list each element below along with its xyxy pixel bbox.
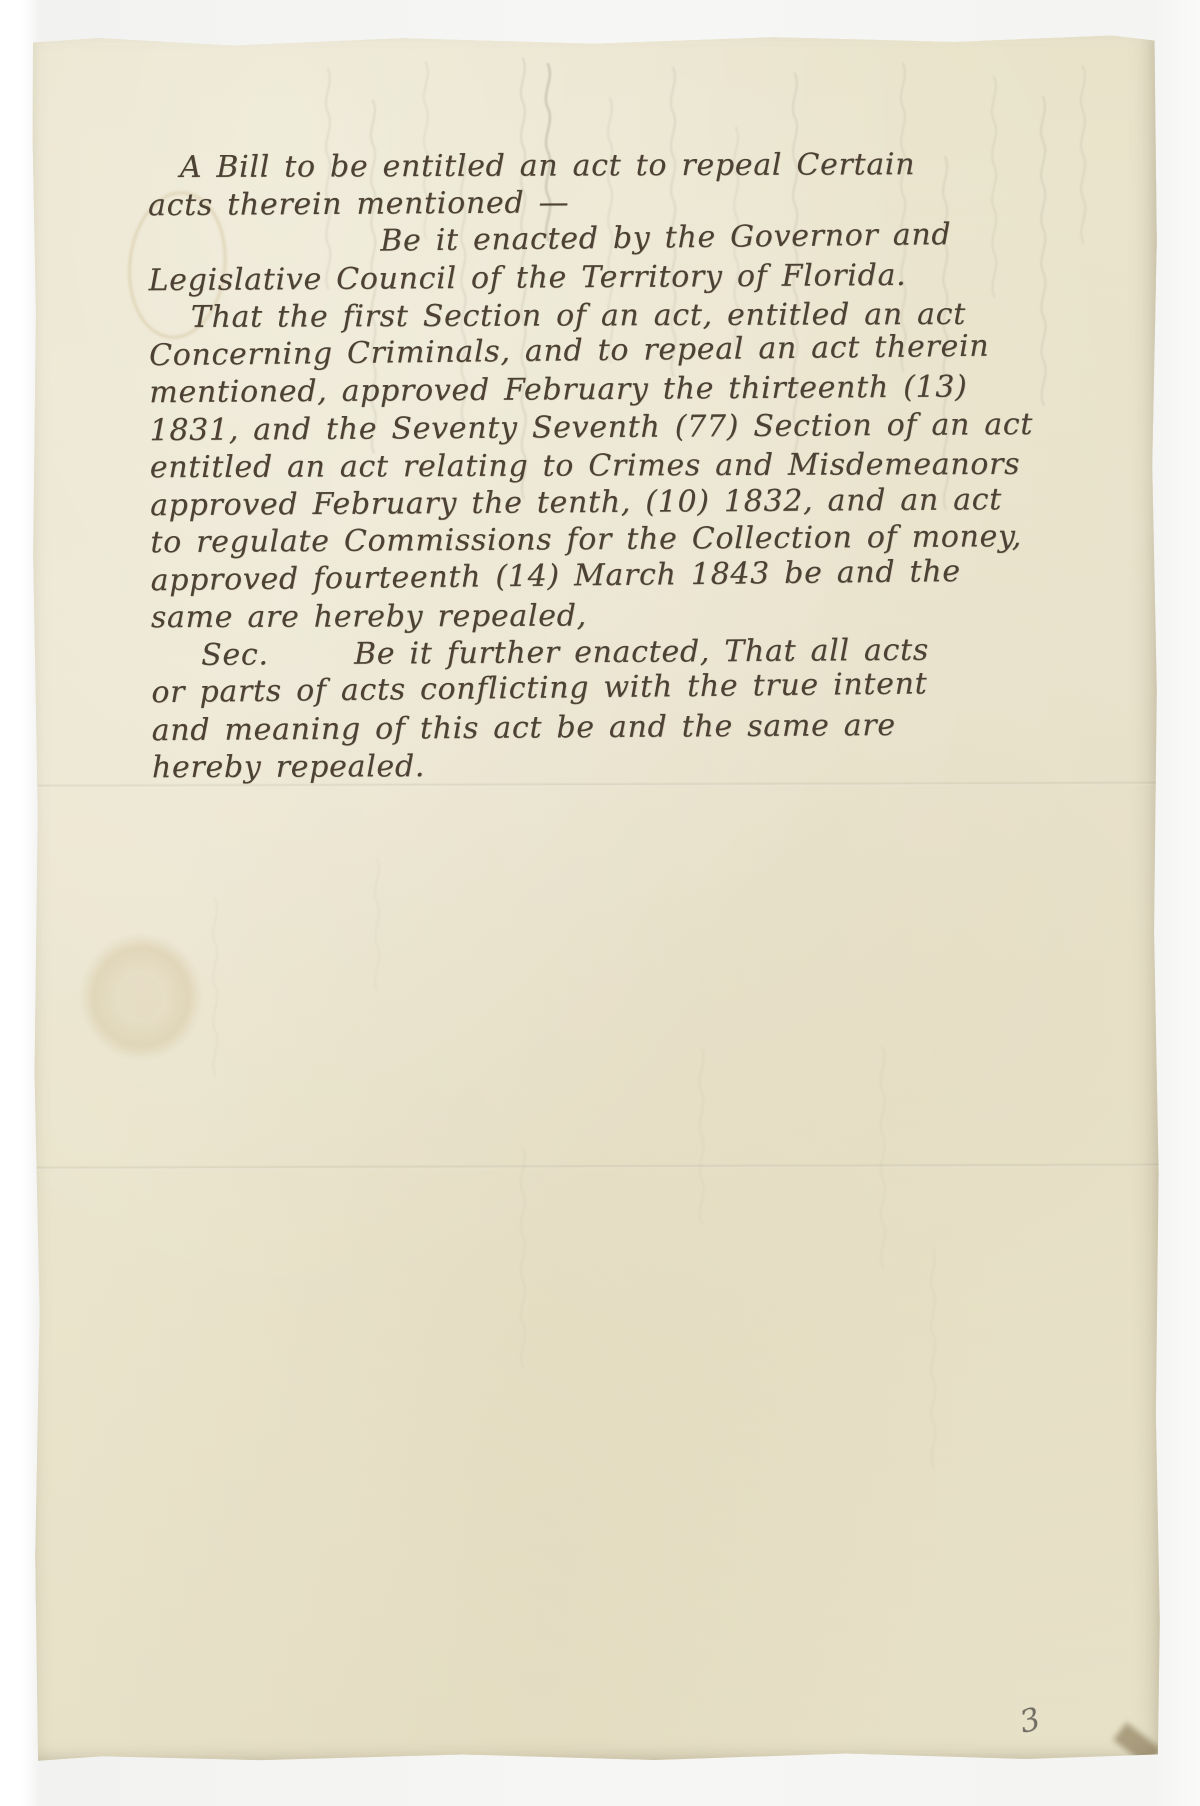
manuscript-line: and meaning of this act be and the same … — [152, 705, 1082, 749]
page-number: 3 — [1016, 1701, 1044, 1741]
manuscript-line: approved February the tenth, (10) 1832, … — [150, 480, 1080, 524]
manuscript-paper: A Bill to be entitled an act to repeal C… — [31, 35, 1162, 1763]
manuscript-line: mentioned, approved February the thirtee… — [149, 368, 1079, 412]
manuscript-line: 1831, and the Seventy Seventh (77) Secti… — [149, 405, 1079, 449]
manuscript-line: hereby repealed. — [152, 746, 1082, 787]
manuscript-text: A Bill to be entitled an act to repeal C… — [148, 143, 1082, 787]
fold-crease-lower — [34, 1164, 1160, 1170]
manuscript-line: entitled an act relating to Crimes and M… — [150, 446, 1080, 487]
corner-smudge-stain — [1113, 1722, 1161, 1766]
manuscript-line: Legislative Council of the Territory of … — [148, 255, 1078, 299]
manuscript-line: A Bill to be entitled an act to repeal C… — [180, 146, 1078, 187]
blot-stain — [80, 934, 202, 1060]
manuscript-line: Be it enacted by the Governor and — [380, 215, 1078, 260]
manuscript-line: same are hereby repealed, — [151, 596, 1081, 637]
